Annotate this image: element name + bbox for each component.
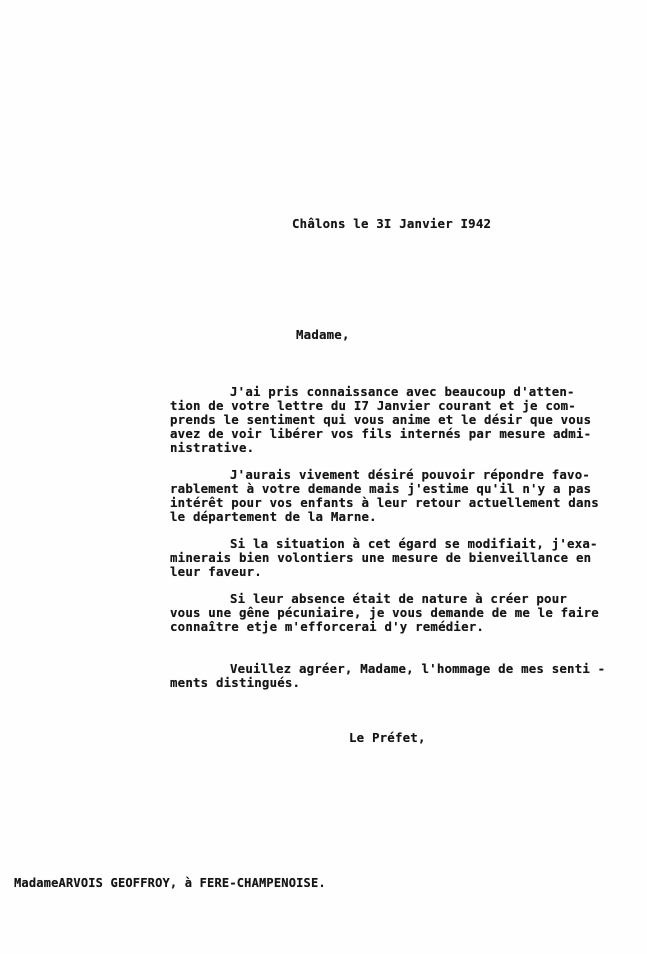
paragraph-line: vous une gêne pécuniaire, je vous demand… xyxy=(170,606,599,620)
paragraph-line: J'ai pris connaissance avec beaucoup d'a… xyxy=(230,385,575,399)
salutation: Madame, xyxy=(296,328,350,342)
paragraph-line: rablement à votre demande mais j'estime … xyxy=(170,482,591,496)
paragraph-line: J'aurais vivement désiré pouvoir répondr… xyxy=(230,468,590,482)
paragraph-line: Si leur absence était de nature à créer … xyxy=(230,592,567,606)
paragraph-line: minerais bien volontiers une mesure de b… xyxy=(170,551,591,565)
signature: Le Préfet, xyxy=(349,731,426,745)
paragraph-line: intérêt pour vos enfants à leur retour a… xyxy=(170,496,599,510)
paragraph-line: connaître etje m'efforcerai d'y remédier… xyxy=(170,620,484,634)
recipient-address: MadameARVOIS GEOFFROY, à FERE-CHAMPENOIS… xyxy=(14,876,326,890)
paragraph-line: leur faveur. xyxy=(170,565,262,579)
letter-page: Châlons le 3I Janvier I942 Madame, J'ai … xyxy=(0,0,647,954)
place-date: Châlons le 3I Janvier I942 xyxy=(292,217,491,231)
paragraph-line: avez de voir libérer vos fils internés p… xyxy=(170,427,591,441)
paragraph-line: nistrative. xyxy=(170,441,254,455)
paragraph-line: prends le sentiment qui vous anime et le… xyxy=(170,413,591,427)
paragraph-line: tion de votre lettre du I7 Janvier coura… xyxy=(170,399,576,413)
paragraph-line: Si la situation à cet égard se modifiait… xyxy=(230,537,598,551)
paragraph-line: le département de la Marne. xyxy=(170,510,377,524)
paragraph-line: Veuillez agréer, Madame, l'hommage de me… xyxy=(230,662,605,676)
paragraph-line: ments distingués. xyxy=(170,676,300,690)
